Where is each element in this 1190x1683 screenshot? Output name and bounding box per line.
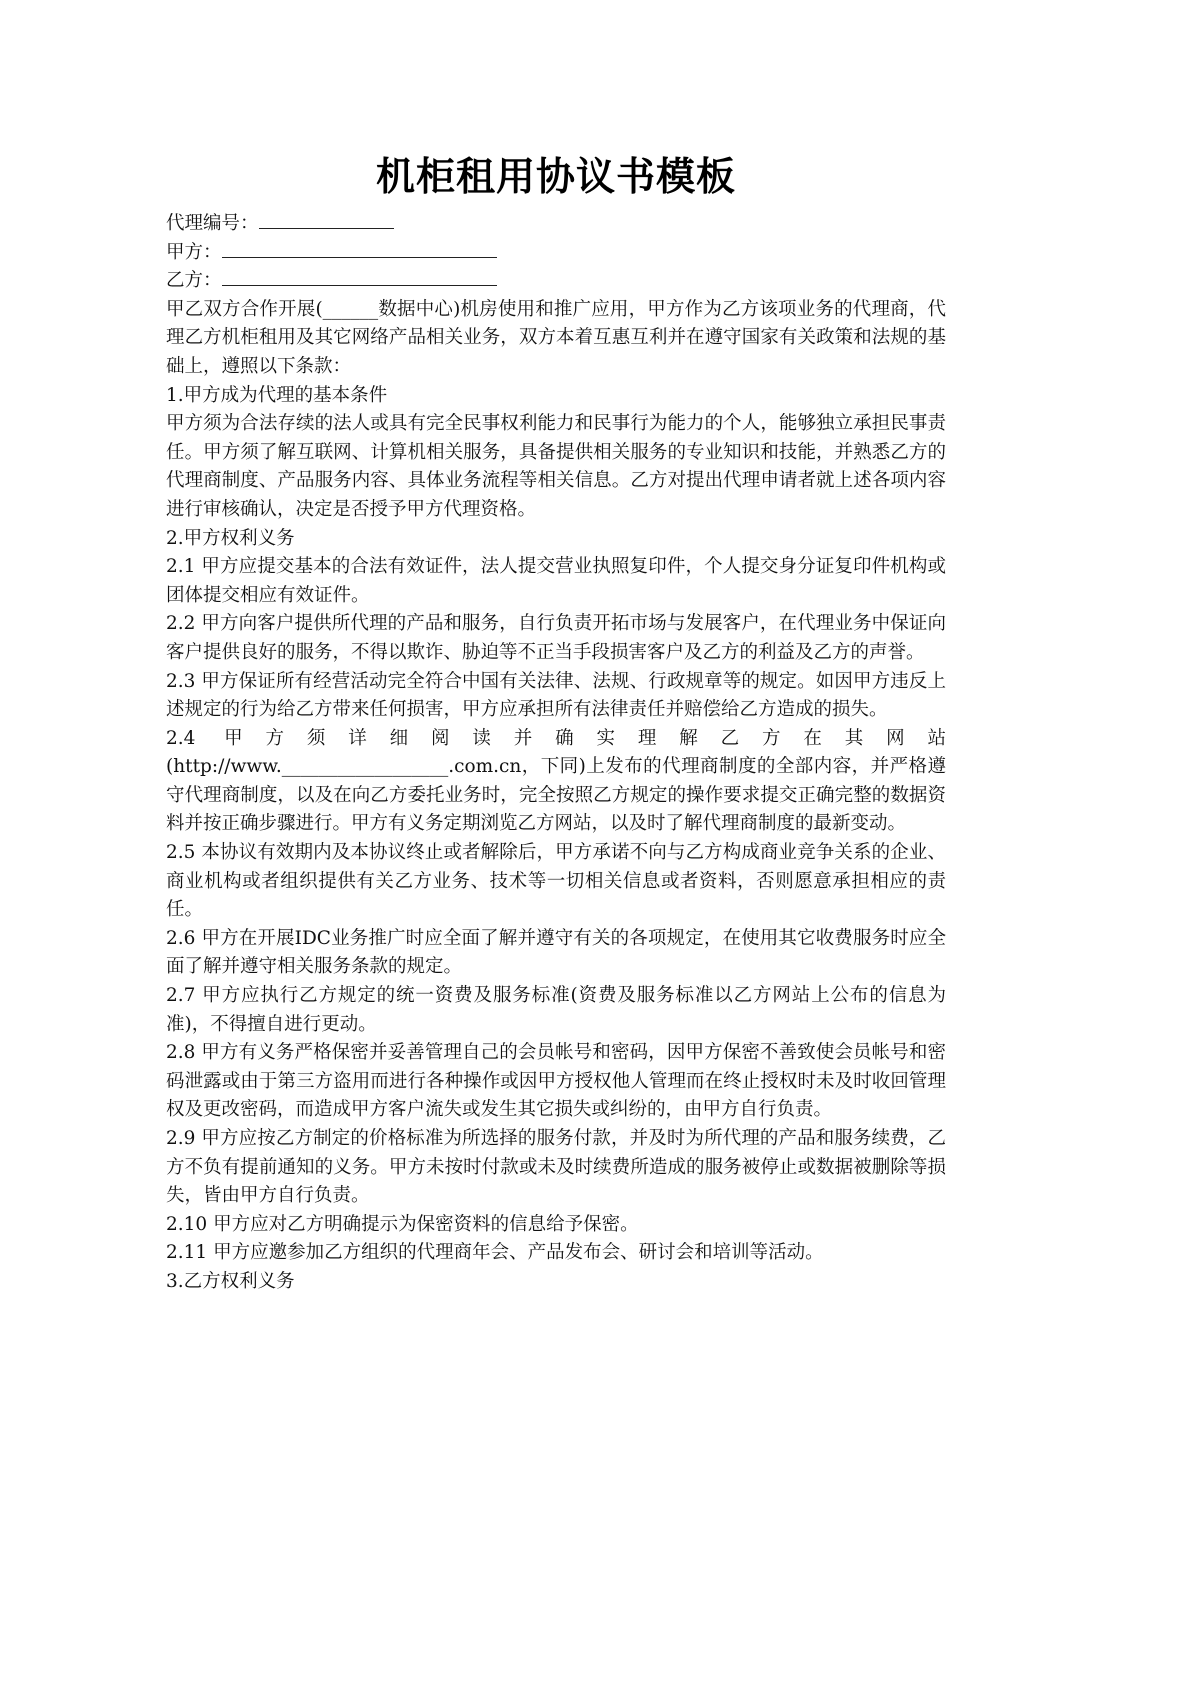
party-b-blank — [222, 267, 497, 286]
section-heading-2: 2.甲方权利义务 — [166, 525, 946, 554]
document-title: 机柜租用协议书模板 — [166, 150, 946, 206]
clause-2-9: 2.9 甲方应按乙方制定的价格标准为所选择的服务付款，并及时为所代理的产品和服务… — [166, 1125, 946, 1211]
clause-2-2: 2.2 甲方向客户提供所代理的产品和服务，自行负责开拓市场与发展客户，在代理业务… — [166, 610, 946, 667]
agent-number-blank — [259, 210, 394, 229]
clause-2-7: 2.7 甲方应执行乙方规定的统一资费及服务标准(资费及服务标准以乙方网站上公布的… — [166, 982, 946, 1039]
clause-2-8: 2.8 甲方有义务严格保密并妥善管理自己的会员帐号和密码，因甲方保密不善致使会员… — [166, 1039, 946, 1125]
party-b-field: 乙方： — [166, 267, 946, 296]
party-a-field: 甲方： — [166, 239, 946, 268]
clause-2-4: (http://www.__________________.com.cn，下同… — [166, 753, 946, 839]
clause-1: 甲方须为合法存续的法人或具有完全民事权利能力和民事行为能力的个人，能够独立承担民… — [166, 410, 946, 524]
clause-2-6: 2.6 甲方在开展IDC业务推广时应全面了解并遵守有关的各项规定，在使用其它收费… — [166, 925, 946, 982]
agent-number-field: 代理编号： — [166, 210, 946, 239]
clause-2-4-first-line: 2.4 甲方须详细阅读并确实理解乙方在其网站 — [166, 725, 946, 754]
clause-2-11: 2.11 甲方应邀参加乙方组织的代理商年会、产品发布会、研讨会和培训等活动。 — [166, 1239, 946, 1268]
section-heading-1: 1.甲方成为代理的基本条件 — [166, 382, 946, 411]
clause-2-1: 2.1 甲方应提交基本的合法有效证件，法人提交营业执照复印件，个人提交身分证复印… — [166, 553, 946, 610]
party-b-label: 乙方： — [166, 270, 222, 291]
party-a-label: 甲方： — [166, 242, 222, 263]
party-a-blank — [222, 239, 497, 258]
clause-2-10: 2.10 甲方应对乙方明确提示为保密资料的信息给予保密。 — [166, 1211, 946, 1240]
section-heading-3: 3.乙方权利义务 — [166, 1268, 946, 1297]
intro-paragraph: 甲乙双方合作开展(______数据中心)机房使用和推广应用，甲方作为乙方该项业务… — [166, 296, 946, 382]
clause-2-3: 2.3 甲方保证所有经营活动完全符合中国有关法律、法规、行政规章等的规定。如因甲… — [166, 668, 946, 725]
document-page: 机柜租用协议书模板 代理编号： 甲方： 乙方： 甲乙双方合作开展(______数… — [166, 150, 946, 1297]
agent-number-label: 代理编号： — [166, 213, 259, 234]
clause-2-5: 2.5 本协议有效期内及本协议终止或者解除后，甲方承诺不向与乙方构成商业竞争关系… — [166, 839, 946, 925]
